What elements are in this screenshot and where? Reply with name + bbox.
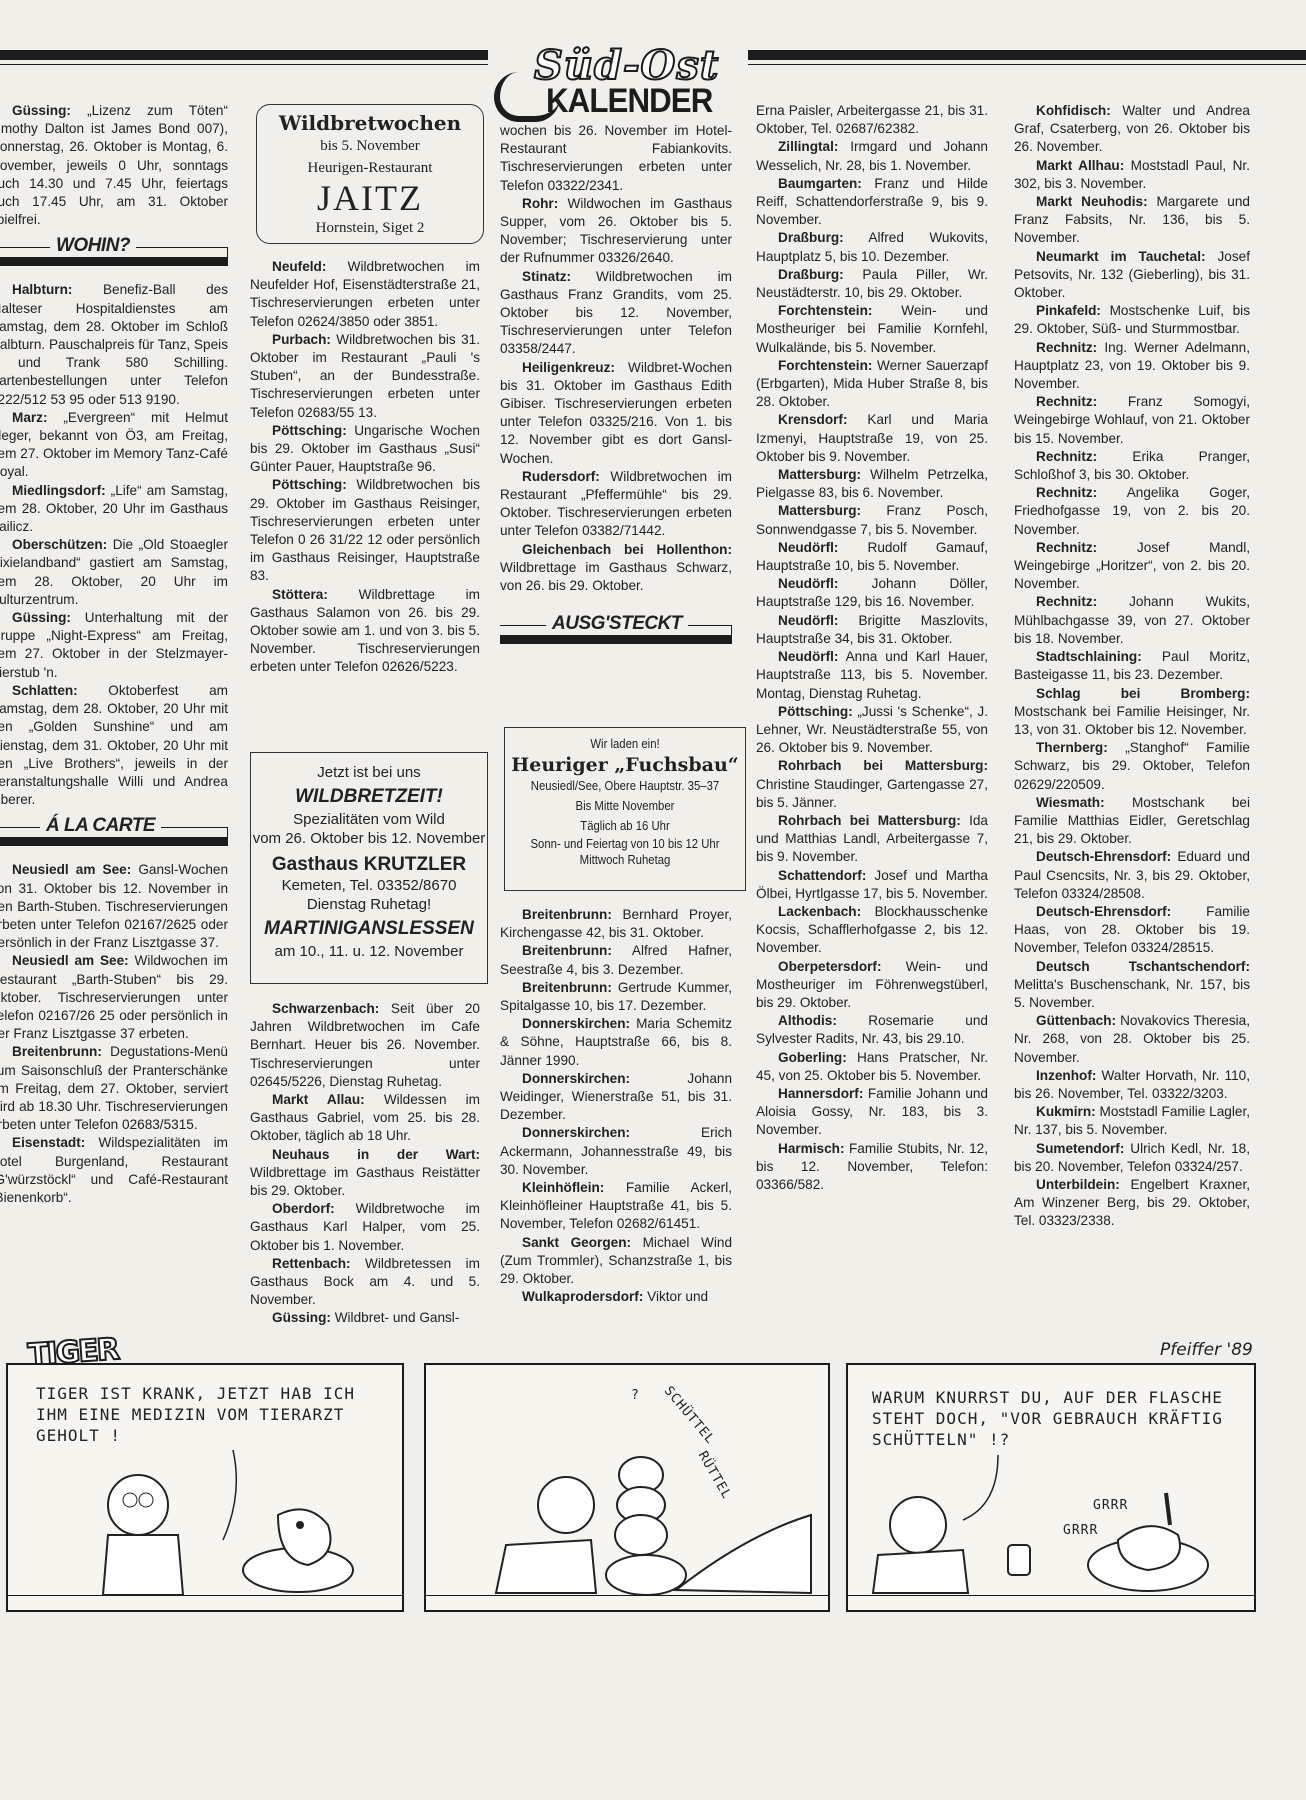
entry: Pöttsching: Wildbretwochen bis 29. Oktob…	[250, 476, 480, 585]
entry: Markt Allau: Wildessen im Gasthaus Gabri…	[250, 1091, 480, 1146]
ad-address: Neusiedl/See, Obere Hauptstr. 35–37	[517, 776, 733, 796]
entry: Stinatz: Wildbretwochen im Gasthaus Fran…	[500, 268, 732, 359]
entry: Oberdorf: Wildbretwoche im Gasthaus Karl…	[250, 1200, 480, 1255]
section-title: AUSG'STECKT	[546, 613, 688, 635]
column-1: Güssing: „Lizenz zum Töten“ Timothy Dalt…	[0, 102, 228, 1207]
entry: Schwarzenbach: Seit über 20 Jahren Wildb…	[250, 1000, 480, 1091]
column-3-lower: Breitenbrunn: Bernhard Proyer, Kirchenga…	[500, 906, 732, 1306]
entry: Neusiedl am See: Wildwochen im Restauran…	[0, 952, 228, 1043]
entry: Purbach: Wildbretwochen bis 31. Oktober …	[250, 331, 480, 422]
entry: Donnerskirchen: Erich Ackermann, Johanne…	[500, 1124, 732, 1179]
entry: Rechnitz: Erika Pranger, Schloßhof 3, bi…	[1014, 448, 1250, 484]
entry: Schattendorf: Josef und Martha Ölbei, Hy…	[756, 867, 988, 903]
entry: Baumgarten: Franz und Hilde Reiff, Schat…	[756, 175, 988, 230]
masthead-rule-left	[0, 50, 488, 60]
ad-address: Kemeten, Tel. 03352/8670	[251, 876, 487, 895]
entry: Neudörfl: Rudolf Gamauf, Hauptstraße 10,…	[756, 539, 988, 575]
section-a-la-carte: Á LA CARTE	[0, 815, 228, 851]
entry: Mattersburg: Wilhelm Petrzelka, Pielgass…	[756, 466, 988, 502]
entry: Wiesmath: Mostschank bei Familie Matthia…	[1014, 794, 1250, 849]
entry: Zillingtal: Irmgard und Johann Wesselich…	[756, 138, 988, 174]
masthead-thin-rule-left	[0, 64, 488, 65]
entry: Breitenbrunn: Alfred Hafner, Seestraße 4…	[500, 942, 732, 978]
entry: Marz: „Evergreen“ mit Helmut Fleger, bek…	[0, 409, 228, 482]
ad-line: vom 26. Oktober bis 12. November	[251, 829, 487, 848]
ad-line: Heurigen-Restaurant	[257, 157, 483, 179]
entry-continued: wochen bis 26. November im Hotel-Restaur…	[500, 122, 732, 195]
entry: Rohrbach bei Mattersburg: Ida und Matthi…	[756, 812, 988, 867]
entry: Rechnitz: Ing. Werner Adelmann, Hauptpla…	[1014, 339, 1250, 394]
entry: Pöttsching: Ungarische Wochen bis 29. Ok…	[250, 422, 480, 477]
entry: Neusiedl am See: Gansl-Wochen von 31. Ok…	[0, 861, 228, 952]
entry: Donnerskirchen: Maria Schemitz & Söhne, …	[500, 1015, 732, 1070]
ad-line: Jetzt ist bei uns	[251, 763, 487, 782]
entry: Harmisch: Familie Stubits, Nr. 12, bis 1…	[756, 1140, 988, 1195]
entry: Rechnitz: Franz Somogyi, Weingebirge Woh…	[1014, 393, 1250, 448]
ad-line: Spezialitäten vom Wild	[251, 810, 487, 829]
entry: Inzenhof: Walter Horvath, Nr. 110, bis 2…	[1014, 1067, 1250, 1103]
ad-line: am 10., 11. u. 12. November	[251, 942, 487, 961]
comic-panel-1: TIGER IST KRANK, JETZT HAB ICH IHM EINE …	[6, 1363, 404, 1612]
entry: Sumetendorf: Ulrich Kedl, Nr. 18, bis 20…	[1014, 1140, 1250, 1176]
entry: Neuhaus in der Wart: Wildbrettage im Gas…	[250, 1146, 480, 1201]
boy-with-bottle-and-growling-dog-illustration	[848, 1365, 1254, 1610]
entry: Güttenbach: Novakovics Theresia, Nr. 268…	[1014, 1012, 1250, 1067]
entry: Halbturn: Benefiz-Ball des Malteser Hosp…	[0, 281, 228, 408]
column-3: wochen bis 26. November im Hotel-Restaur…	[500, 122, 732, 659]
entry: Breitenbrunn: Degustations-Menü zum Sais…	[0, 1043, 228, 1134]
entry: Sankt Georgen: Michael Wind (Zum Trommle…	[500, 1234, 732, 1289]
section-title: WOHIN?	[50, 235, 136, 257]
ad-business-name: JAITZ	[257, 179, 483, 217]
ad-fuchsbau: Wir laden ein! Heuriger „Fuchsbau“ Neusi…	[504, 727, 746, 891]
entry: Schlag bei Bromberg: Mostschank bei Fami…	[1014, 685, 1250, 740]
entry: Miedlingsdorf: „Life“ am Samstag, dem 28…	[0, 482, 228, 537]
entry: Kohfidisch: Walter und Andrea Graf, Csat…	[1014, 102, 1250, 157]
ad-line: Dienstag Ruhetag!	[251, 895, 487, 914]
entry: Rechnitz: Josef Mandl, Weingebirge „Hori…	[1014, 539, 1250, 594]
entry: Rohr: Wildwochen im Gasthaus Supper, vom…	[500, 195, 732, 268]
entry: Neudörfl: Johann Döller, Hauptstraße 129…	[756, 575, 988, 611]
ad-line: bis 5. November	[257, 135, 483, 157]
entry: Güssing: Wildbret- und Gansl-	[250, 1309, 480, 1327]
entry: Oberpetersdorf: Wein- und Mostheuriger i…	[756, 958, 988, 1013]
boy-and-dog-illustration	[8, 1365, 402, 1610]
sued-ost-kalender-logo: Süd-Ost KALENDER	[494, 42, 744, 122]
entry: Donnerskirchen: Johann Weidinger, Wiener…	[500, 1070, 732, 1125]
ad-line: Wir laden ein!	[517, 734, 733, 754]
entry: Breitenbrunn: Gertrude Kummer, Spitalgas…	[500, 979, 732, 1015]
entry: Deutsch-Ehrensdorf: Familie Haas, von 28…	[1014, 903, 1250, 958]
entry: Rechnitz: Johann Wukits, Mühlbachgasse 3…	[1014, 593, 1250, 648]
section-wohin: WOHIN?	[0, 235, 228, 271]
entry: Schlatten: Oktoberfest am Samstag, dem 2…	[0, 682, 228, 809]
entry: Thernberg: „Stanghof“ Familie Schwarz, b…	[1014, 739, 1250, 794]
entry: Althodis: Rosemarie und Sylvester Radits…	[756, 1012, 988, 1048]
entry: Goberling: Hans Pratscher, Nr. 45, von 2…	[756, 1049, 988, 1085]
ad-jaitz: Wildbretwochen bis 5. November Heurigen-…	[256, 104, 484, 244]
entry: Wulkaprodersdorf: Viktor und	[500, 1288, 732, 1306]
entry: Heiligenkreuz: Wildbret-Wochen bis 31. O…	[500, 359, 732, 468]
entry: Kukmirn: Moststadl Familie Lagler, Nr. 1…	[1014, 1103, 1250, 1139]
ad-headline: MARTINIGANSLESSEN	[251, 918, 487, 940]
comic-panel-2: SCHÜTTEL RÜTTEL ?	[424, 1363, 830, 1612]
entry: Rechnitz: Angelika Goger, Friedhofgasse …	[1014, 484, 1250, 539]
entry-continued: Erna Paisler, Arbeitergasse 21, bis 31. …	[756, 102, 988, 138]
entry: Neufeld: Wildbretwochen im Neufelder Hof…	[250, 258, 480, 331]
entry: Güssing: „Lizenz zum Töten“ Timothy Dalt…	[0, 102, 228, 229]
entry: Markt Allhau: Moststadl Paul, Nr. 302, b…	[1014, 157, 1250, 193]
entry: Gleichenbach bei Hollenthon: Wildbrettag…	[500, 541, 732, 596]
ad-headline: WILDBRETZEIT!	[251, 786, 487, 808]
entry: Rohrbach bei Mattersburg: Christine Stau…	[756, 757, 988, 812]
ad-headline: Wildbretwochen	[257, 111, 483, 135]
entry: Pinkafeld: Mostschenke Luif, bis 29. Okt…	[1014, 302, 1250, 338]
comic-panel-3: WARUM KNURRST DU, AUF DER FLASCHE STEHT …	[846, 1363, 1256, 1612]
entry: Unterbildein: Engelbert Kraxner, Am Winz…	[1014, 1176, 1250, 1231]
ad-line: Mittwoch Ruhetag	[517, 852, 733, 868]
column-2: Neufeld: Wildbretwochen im Neufelder Hof…	[250, 258, 480, 677]
entry: Mattersburg: Franz Posch, Sonnwendgasse …	[756, 502, 988, 538]
entry: Draßburg: Paula Piller, Wr. Neustädterst…	[756, 266, 988, 302]
entry: Deutsch Tschantschendorf: Melitta's Busc…	[1014, 958, 1250, 1013]
entry: Forchtenstein: Werner Sauerzapf (Erbgart…	[756, 357, 988, 412]
entry: Eisenstadt: Wildspezialitäten im Hotel B…	[0, 1134, 228, 1207]
ad-business-name: Heuriger „Fuchsbau“	[505, 754, 745, 776]
entry: Deutsch-Ehrensdorf: Eduard und Paul Csen…	[1014, 848, 1250, 903]
masthead-thin-rule-right	[748, 64, 1306, 65]
masthead-rule-right	[748, 50, 1306, 60]
logo-line2: KALENDER	[546, 82, 712, 121]
boy-shaking-dog-illustration	[426, 1365, 828, 1610]
entry: Pöttsching: „Jussi 's Schenke“, J. Lehne…	[756, 703, 988, 758]
column-5: Kohfidisch: Walter und Andrea Graf, Csat…	[1014, 102, 1250, 1231]
entry: Breitenbrunn: Bernhard Proyer, Kirchenga…	[500, 906, 732, 942]
column-4: Erna Paisler, Arbeitergasse 21, bis 31. …	[756, 102, 988, 1194]
column-2-lower: Schwarzenbach: Seit über 20 Jahren Wildb…	[250, 1000, 480, 1328]
entry: Markt Neuhodis: Margarete und Franz Fabs…	[1014, 193, 1250, 248]
entry: Neudörfl: Brigitte Maszlovits, Hauptstra…	[756, 612, 988, 648]
ad-line: Täglich ab 16 Uhr	[517, 816, 733, 836]
entry: Forchtenstein: Wein- und Mostheuriger be…	[756, 302, 988, 357]
entry: Draßburg: Alfred Wukovits, Hauptplatz 5,…	[756, 229, 988, 265]
ad-business-name: Gasthaus KRUTZLER	[251, 854, 487, 876]
entry: Rettenbach: Wildbretessen im Gasthaus Bo…	[250, 1255, 480, 1310]
entry: Rudersdorf: Wildbretwochen im Restaurant…	[500, 468, 732, 541]
ad-line: Bis Mitte November	[517, 796, 733, 816]
artist-signature: Pfeiffer '89	[1160, 1340, 1253, 1360]
entry: Hannersdorf: Familie Johann und Aloisia …	[756, 1085, 988, 1140]
entry: Krensdorf: Karl und Maria Izmenyi, Haupt…	[756, 411, 988, 466]
entry: Oberschützen: Die „Old Stoaegler Dixiela…	[0, 536, 228, 609]
entry: Neumarkt im Tauchetal: Josef Petsovits, …	[1014, 248, 1250, 303]
ad-krutzler: Jetzt ist bei uns WILDBRETZEIT! Speziali…	[250, 752, 488, 984]
entry: Kleinhöflein: Familie Ackerl, Kleinhöfle…	[500, 1179, 732, 1234]
ad-line: Sonn- und Feiertag von 10 bis 12 Uhr	[517, 836, 733, 852]
entry: Neudörfl: Anna und Karl Hauer, Hauptstra…	[756, 648, 988, 703]
ad-address: Hornstein, Siget 2	[257, 217, 483, 239]
section-ausgsteckt: AUSG'STECKT	[500, 613, 732, 649]
entry: Stadtschlaining: Paul Moritz, Basteigass…	[1014, 648, 1250, 684]
entry: Lackenbach: Blockhausschenke Kocsis, Sch…	[756, 903, 988, 958]
entry: Stöttera: Wildbrettage im Gasthaus Salam…	[250, 586, 480, 677]
entry: Güssing: Unterhaltung mit der Gruppe „Ni…	[0, 609, 228, 682]
section-title: Á LA CARTE	[40, 815, 161, 837]
